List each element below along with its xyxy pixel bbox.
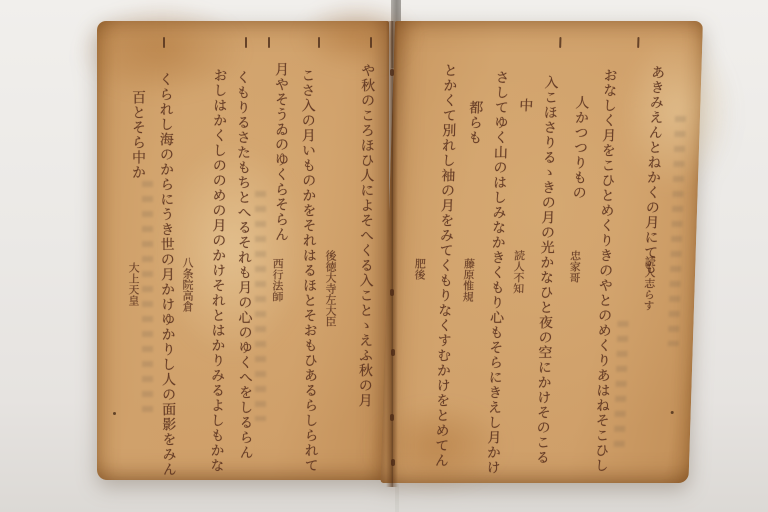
- column-tick-mark: [318, 37, 320, 48]
- ink-speck: [113, 412, 116, 415]
- attribution-column: 西行法師: [271, 258, 284, 302]
- poem-text-column: さしてゆく山のはしみなかきくもり心もそらにきえし月かけ: [483, 70, 509, 475]
- column-tick-mark: [163, 37, 165, 48]
- poem-text-column: こさ入の月いものかをそれはるほとそおもひあるらしられて: [298, 68, 319, 473]
- column-tick-mark: [268, 37, 270, 48]
- text-columns: や秋のころほひ人によそへくる入ことゝえふ秋の月後徳大寺左大臣こさ入の月いものかを…: [97, 21, 389, 480]
- poem-text-column: 中: [516, 98, 534, 113]
- poem-text-column: くられし海のからにうき世の月かけゆかりし人の面影をみん: [156, 72, 177, 477]
- attribution-column: 八条院高倉: [181, 257, 194, 312]
- paper-stain: [297, 1, 417, 71]
- ink-showthrough: [255, 191, 266, 421]
- attribution-column: 大上天皇: [127, 262, 140, 306]
- attribution-column: 忠家哥: [568, 250, 582, 283]
- attribution-column: 読人志らす: [642, 256, 657, 311]
- poem-text-column: 百とそら中か: [129, 90, 146, 180]
- poem-text-column: 都らも: [465, 100, 483, 145]
- attribution-column: 藤原惟規: [461, 258, 476, 302]
- stitch-dot: [391, 349, 395, 356]
- attribution-column: 読人不知: [511, 250, 525, 294]
- heading-column: や秋のころほひ人によそへくる入ことゝえふ秋の月: [356, 63, 376, 408]
- attribution-column: 後徳大寺左大臣: [324, 250, 337, 327]
- page-right: あきみえんとねかくの月にても読人志らすおなしく月をこひとめくりきのやとのめくりあ…: [380, 21, 703, 483]
- page-left: や秋のころほひ人によそへくる入ことゝえふ秋の月後徳大寺左大臣こさ入の月いものかを…: [97, 21, 389, 480]
- gutter-crease: [386, 21, 398, 487]
- poem-text-column: 人かつつりもの: [569, 95, 589, 200]
- poem-text-column: おしはかくしののめの月のかけそれとはかりみるよしもかな: [207, 68, 227, 473]
- stitch-dot: [390, 414, 394, 421]
- manuscript-photo: や秋のころほひ人によそへくる入ことゝえふ秋の月後徳大寺左大臣こさ入の月いものかを…: [0, 0, 768, 512]
- poem-text-column: 月やそうゐのゆくらそらん: [272, 62, 289, 242]
- column-tick-mark: [245, 37, 247, 48]
- stitch-dot: [390, 69, 394, 76]
- column-tick-mark: [370, 37, 372, 48]
- column-tick-mark: [637, 37, 639, 48]
- stitch-dot: [391, 459, 395, 466]
- stitch-dot: [390, 289, 394, 296]
- ink-showthrough: [142, 181, 153, 421]
- poem-text-column: 入こほさりるゝきの月の光かなひと夜の空にかけそのこる: [533, 75, 559, 465]
- binding-stand-bottom: [395, 484, 399, 512]
- poem-text-column: くもりるさたもちとへるそれも月の心のゆくへをしるらん: [233, 70, 253, 460]
- open-book: や秋のころほひ人によそへくる入ことゝえふ秋の月後徳大寺左大臣こさ入の月いものかを…: [97, 21, 704, 485]
- column-tick-mark: [559, 37, 561, 48]
- attribution-column: 肥後: [413, 258, 427, 280]
